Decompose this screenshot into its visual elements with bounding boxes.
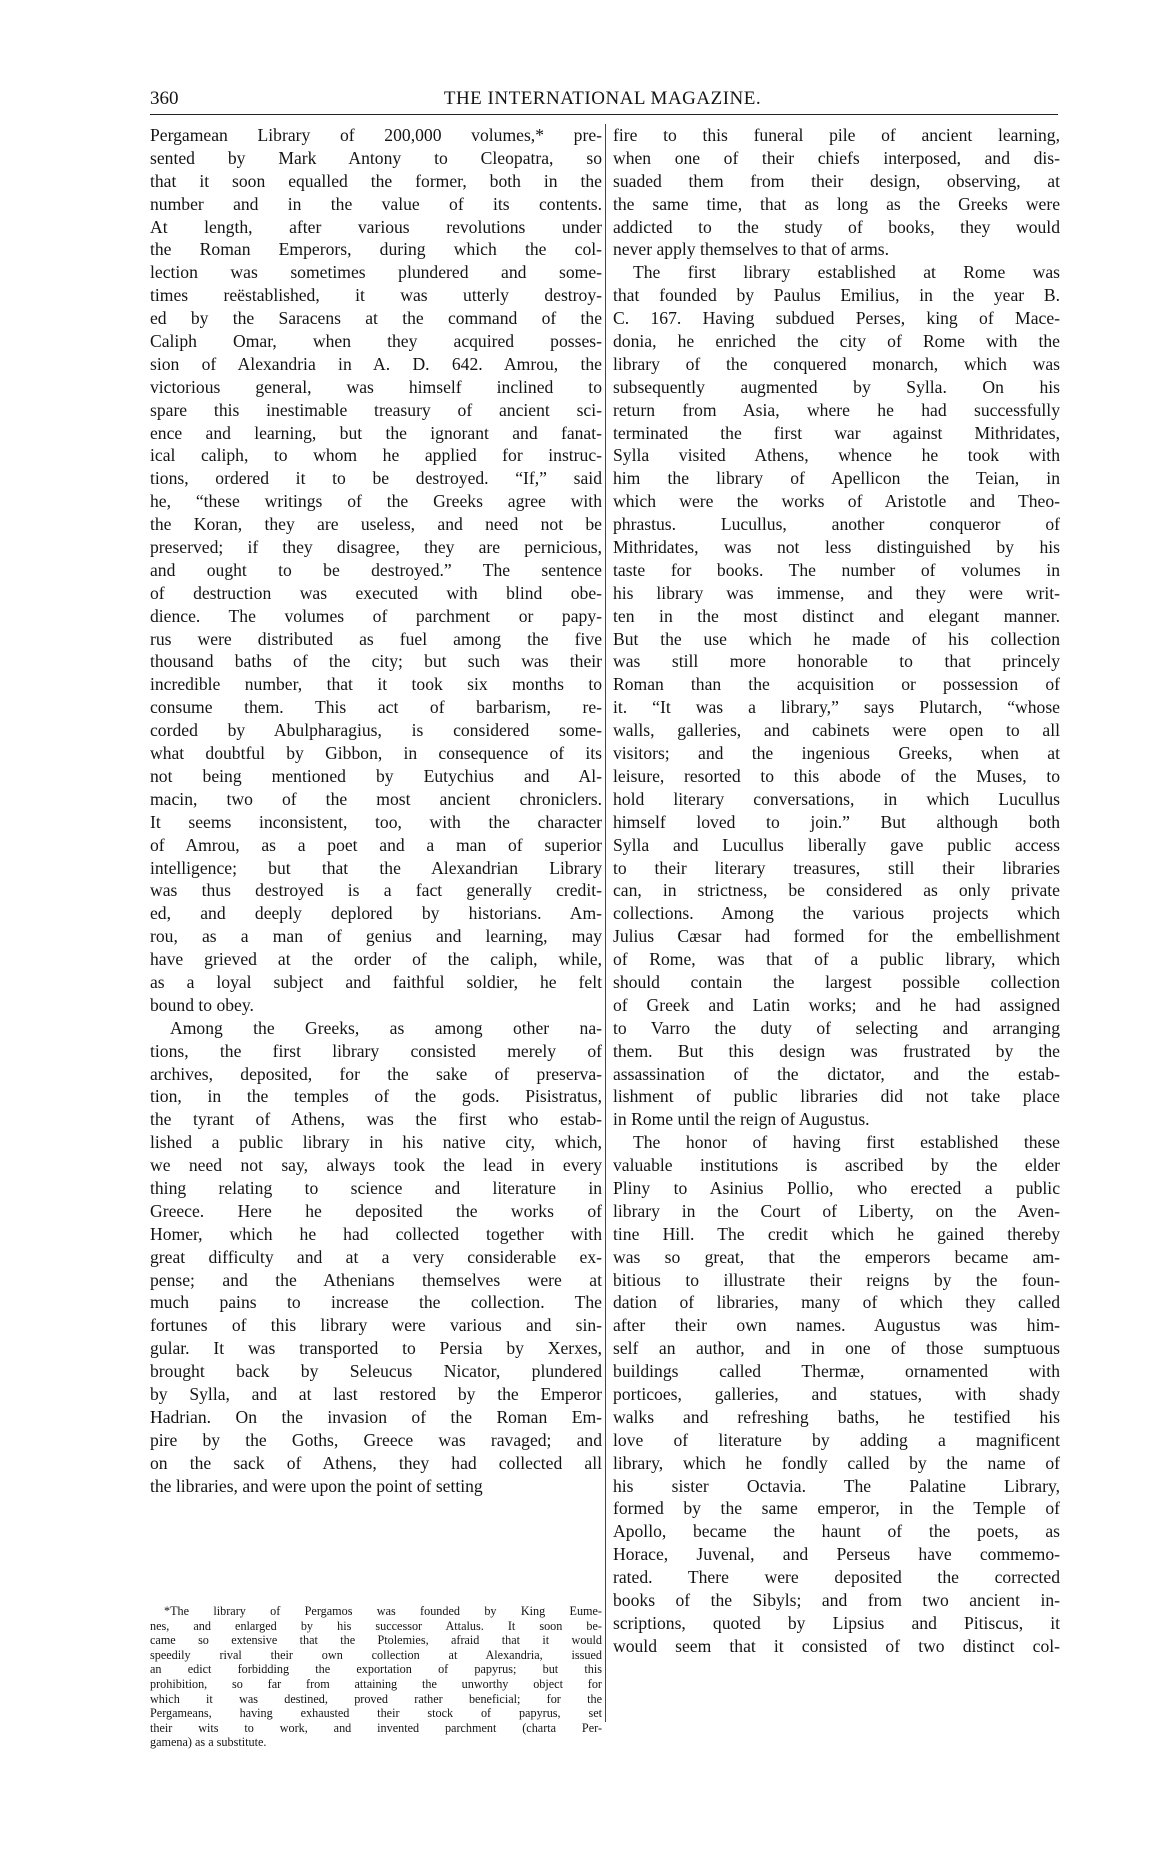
footnote-line: prohibition, so far from attaining the u…: [150, 1677, 602, 1692]
text-line: It seems inconsistent, too, with the cha…: [150, 811, 602, 834]
text-line: much pains to increase the collection. T…: [150, 1291, 602, 1314]
text-line: buildings called Thermæ, ornamented with: [613, 1360, 1060, 1383]
text-line: he, “these writings of the Greeks agree …: [150, 490, 602, 513]
text-line: of destruction was executed with blind o…: [150, 582, 602, 605]
text-line: subsequently augmented by Sylla. On his: [613, 376, 1060, 399]
footnote-line: which it was destined, proved rather ben…: [150, 1692, 602, 1707]
text-line: was still more honorable to that princel…: [613, 650, 1060, 673]
header-rule: [150, 114, 1058, 115]
text-line: when one of their chiefs interposed, and…: [613, 147, 1060, 170]
footnote-line: *The library of Pergamos was founded by …: [150, 1604, 602, 1619]
text-line: The honor of having first established th…: [613, 1131, 1060, 1154]
text-line: of Greek and Latin works; and he had ass…: [613, 994, 1060, 1017]
text-line: ical caliph, to whom he applied for inst…: [150, 444, 602, 467]
text-line: pire by the Goths, Greece was ravaged; a…: [150, 1429, 602, 1452]
text-line: lection was sometimes plundered and some…: [150, 261, 602, 284]
text-line: can, in strictness, be considered as onl…: [613, 879, 1060, 902]
text-line: of Rome, was that of a public library, w…: [613, 948, 1060, 971]
text-line: Horace, Juvenal, and Perseus have commem…: [613, 1543, 1060, 1566]
text-line: to their literary treasures, still their…: [613, 857, 1060, 880]
text-line: gular. It was transported to Persia by X…: [150, 1337, 602, 1360]
text-line: what doubtful by Gibbon, in consequence …: [150, 742, 602, 765]
text-line: ed by the Saracens at the command of the: [150, 307, 602, 330]
text-line: collections. Among the various projects …: [613, 902, 1060, 925]
text-line: At length, after various revolutions und…: [150, 216, 602, 239]
text-line: spare this inestimable treasury of ancie…: [150, 399, 602, 422]
text-line: the libraries, and were upon the point o…: [150, 1475, 602, 1498]
text-line: that founded by Paulus Emilius, in the y…: [613, 284, 1060, 307]
text-line: fortunes of this library were various an…: [150, 1314, 602, 1337]
text-line: not being mentioned by Eutychius and Al-: [150, 765, 602, 788]
text-line: The first library established at Rome wa…: [613, 261, 1060, 284]
text-line: tions, the first library consisted merel…: [150, 1040, 602, 1063]
running-title: THE INTERNATIONAL MAGAZINE.: [150, 88, 1055, 110]
text-line: the same time, that as long as the Greek…: [613, 193, 1060, 216]
text-line: lished a public library in his native ci…: [150, 1131, 602, 1154]
text-line: his library was immense, and they were w…: [613, 582, 1060, 605]
text-line: was thus destroyed is a fact generally c…: [150, 879, 602, 902]
text-line: to Varro the duty of selecting and arran…: [613, 1017, 1060, 1040]
text-line: would seem that it consisted of two dist…: [613, 1635, 1060, 1658]
footnote-line: Pergameans, having exhausted their stock…: [150, 1706, 602, 1721]
text-line: his sister Octavia. The Palatine Library…: [613, 1475, 1060, 1498]
text-line: the tyrant of Athens, was the first who …: [150, 1108, 602, 1131]
text-line: library in the Court of Liberty, on the …: [613, 1200, 1060, 1223]
text-line: was so great, that the emperors became a…: [613, 1246, 1060, 1269]
column-divider: [605, 124, 606, 1722]
text-line: leisure, resorted to this abode of the M…: [613, 765, 1060, 788]
text-line: walks and refreshing baths, he testified…: [613, 1406, 1060, 1429]
text-line: thousand baths of the city; but such was…: [150, 650, 602, 673]
text-line: victorious general, was himself inclined…: [150, 376, 602, 399]
text-line: hold literary conversations, in which Lu…: [613, 788, 1060, 811]
text-line: we need not say, always took the lead in…: [150, 1154, 602, 1177]
text-line: macin, two of the most ancient chronicle…: [150, 788, 602, 811]
text-line: that it soon equalled the former, both i…: [150, 170, 602, 193]
text-line: Among the Greeks, as among other na-: [150, 1017, 602, 1040]
text-line: rated. There were deposited the correcte…: [613, 1566, 1060, 1589]
text-line: walls, galleries, and cabinets were open…: [613, 719, 1060, 742]
text-line: Julius Cæsar had formed for the embellis…: [613, 925, 1060, 948]
text-line: love of literature by adding a magnifice…: [613, 1429, 1060, 1452]
text-line: should contain the largest possible coll…: [613, 971, 1060, 994]
text-line: tion, in the temples of the gods. Pisist…: [150, 1085, 602, 1108]
text-line: intelligence; but that the Alexandrian L…: [150, 857, 602, 880]
text-line: Sylla and Lucullus liberally gave public…: [613, 834, 1060, 857]
text-line: sented by Mark Antony to Cleopatra, so: [150, 147, 602, 170]
text-line: ence and learning, but the ignorant and …: [150, 422, 602, 445]
text-line: by Sylla, and at last restored by the Em…: [150, 1383, 602, 1406]
text-line: of Amrou, as a poet and a man of superio…: [150, 834, 602, 857]
text-line: consume them. This act of barbarism, re-: [150, 696, 602, 719]
text-line: number and in the value of its contents.: [150, 193, 602, 216]
text-line: Caliph Omar, when they acquired posses-: [150, 330, 602, 353]
text-line: the Koran, they are useless, and need no…: [150, 513, 602, 536]
text-line: books of the Sibyls; and from two ancien…: [613, 1589, 1060, 1612]
footnote-line: came so extensive that the Ptolemies, af…: [150, 1633, 602, 1648]
text-line: it. “It was a library,” says Plutarch, “…: [613, 696, 1060, 719]
text-line: pense; and the Athenians themselves were…: [150, 1269, 602, 1292]
text-line: rus were distributed as fuel among the f…: [150, 628, 602, 651]
text-line: in Rome until the reign of Augustus.: [613, 1108, 1060, 1131]
text-line: great difficulty and at a very considera…: [150, 1246, 602, 1269]
text-line: phrastus. Lucullus, another conqueror of: [613, 513, 1060, 536]
left-column: Pergamean Library of 200,000 volumes,* p…: [150, 124, 602, 1497]
text-line: self an author, and in one of those sump…: [613, 1337, 1060, 1360]
text-line: But the use which he made of his collect…: [613, 628, 1060, 651]
text-line: dation of libraries, many of which they …: [613, 1291, 1060, 1314]
text-line: tine Hill. The credit which he gained th…: [613, 1223, 1060, 1246]
text-line: and ought to be destroyed.” The sentence: [150, 559, 602, 582]
text-line: Pergamean Library of 200,000 volumes,* p…: [150, 124, 602, 147]
text-line: visitors; and the ingenious Greeks, when…: [613, 742, 1060, 765]
text-line: library of the conquered monarch, which …: [613, 353, 1060, 376]
text-line: return from Asia, where he had successfu…: [613, 399, 1060, 422]
text-line: valuable institutions is ascribed by the…: [613, 1154, 1060, 1177]
text-line: library, which he fondly called by the n…: [613, 1452, 1060, 1475]
text-line: incredible number, that it took six mont…: [150, 673, 602, 696]
text-line: dience. The volumes of parchment or papy…: [150, 605, 602, 628]
text-line: fire to this funeral pile of ancient lea…: [613, 124, 1060, 147]
text-line: terminated the first war against Mithrid…: [613, 422, 1060, 445]
text-line: archives, deposited, for the sake of pre…: [150, 1063, 602, 1086]
text-line: Greece. Here he deposited the works of: [150, 1200, 602, 1223]
footnote-line: speedily rival their own collection at A…: [150, 1648, 602, 1663]
text-line: brought back by Seleucus Nicator, plunde…: [150, 1360, 602, 1383]
text-line: as a loyal subject and faithful soldier,…: [150, 971, 602, 994]
text-line: Pliny to Asinius Pollio, who erected a p…: [613, 1177, 1060, 1200]
text-line: porticoes, galleries, and statues, with …: [613, 1383, 1060, 1406]
text-line: never apply themselves to that of arms.: [613, 238, 1060, 261]
text-line: taste for books. The number of volumes i…: [613, 559, 1060, 582]
text-line: which were the works of Aristotle and Th…: [613, 490, 1060, 513]
text-line: Mithridates, was not less distinguished …: [613, 536, 1060, 559]
text-line: tions, ordered it to be destroyed. “If,”…: [150, 467, 602, 490]
text-line: after their own names. Augustus was him-: [613, 1314, 1060, 1337]
footnote: *The library of Pergamos was founded by …: [150, 1604, 602, 1750]
text-line: suaded them from their design, observing…: [613, 170, 1060, 193]
text-line: on the sack of Athens, they had collecte…: [150, 1452, 602, 1475]
text-line: sion of Alexandria in A. D. 642. Amrou, …: [150, 353, 602, 376]
text-line: C. 167. Having subdued Perses, king of M…: [613, 307, 1060, 330]
text-line: times reëstablished, it was utterly dest…: [150, 284, 602, 307]
text-line: Sylla visited Athens, whence he took wit…: [613, 444, 1060, 467]
text-line: them. But this design was frustrated by …: [613, 1040, 1060, 1063]
text-line: scriptions, quoted by Lipsius and Pitisc…: [613, 1612, 1060, 1635]
text-line: Apollo, became the haunt of the poets, a…: [613, 1520, 1060, 1543]
text-line: lishment of public libraries did not tak…: [613, 1085, 1060, 1108]
text-line: addicted to the study of books, they wou…: [613, 216, 1060, 239]
text-line: donia, he enriched the city of Rome with…: [613, 330, 1060, 353]
text-line: ten in the most distinct and elegant man…: [613, 605, 1060, 628]
text-line: Homer, which he had collected together w…: [150, 1223, 602, 1246]
footnote-line: an edict forbidding the exportation of p…: [150, 1662, 602, 1677]
text-line: him the library of Apellicon the Teian, …: [613, 467, 1060, 490]
text-line: bound to obey.: [150, 994, 602, 1017]
footnote-line: gamena) as a substitute.: [150, 1735, 602, 1750]
text-line: formed by the same emperor, in the Templ…: [613, 1497, 1060, 1520]
text-line: the Roman Emperors, during which the col…: [150, 238, 602, 261]
footnote-line: their wits to work, and invented parchme…: [150, 1721, 602, 1736]
text-line: thing relating to science and literature…: [150, 1177, 602, 1200]
right-column: fire to this funeral pile of ancient lea…: [613, 124, 1060, 1658]
text-line: preserved; if they disagree, they are pe…: [150, 536, 602, 559]
text-line: ed, and deeply deplored by historians. A…: [150, 902, 602, 925]
text-line: assassination of the dictator, and the e…: [613, 1063, 1060, 1086]
text-line: Roman than the acquisition or possession…: [613, 673, 1060, 696]
text-line: corded by Abulpharagius, is considered s…: [150, 719, 602, 742]
text-line: bitious to illustrate their reigns by th…: [613, 1269, 1060, 1292]
text-line: Hadrian. On the invasion of the Roman Em…: [150, 1406, 602, 1429]
text-line: have grieved at the order of the caliph,…: [150, 948, 602, 971]
text-line: rou, as a man of genius and learning, ma…: [150, 925, 602, 948]
text-line: himself loved to join.” But although bot…: [613, 811, 1060, 834]
footnote-line: nes, and enlarged by his successor Attal…: [150, 1619, 602, 1634]
